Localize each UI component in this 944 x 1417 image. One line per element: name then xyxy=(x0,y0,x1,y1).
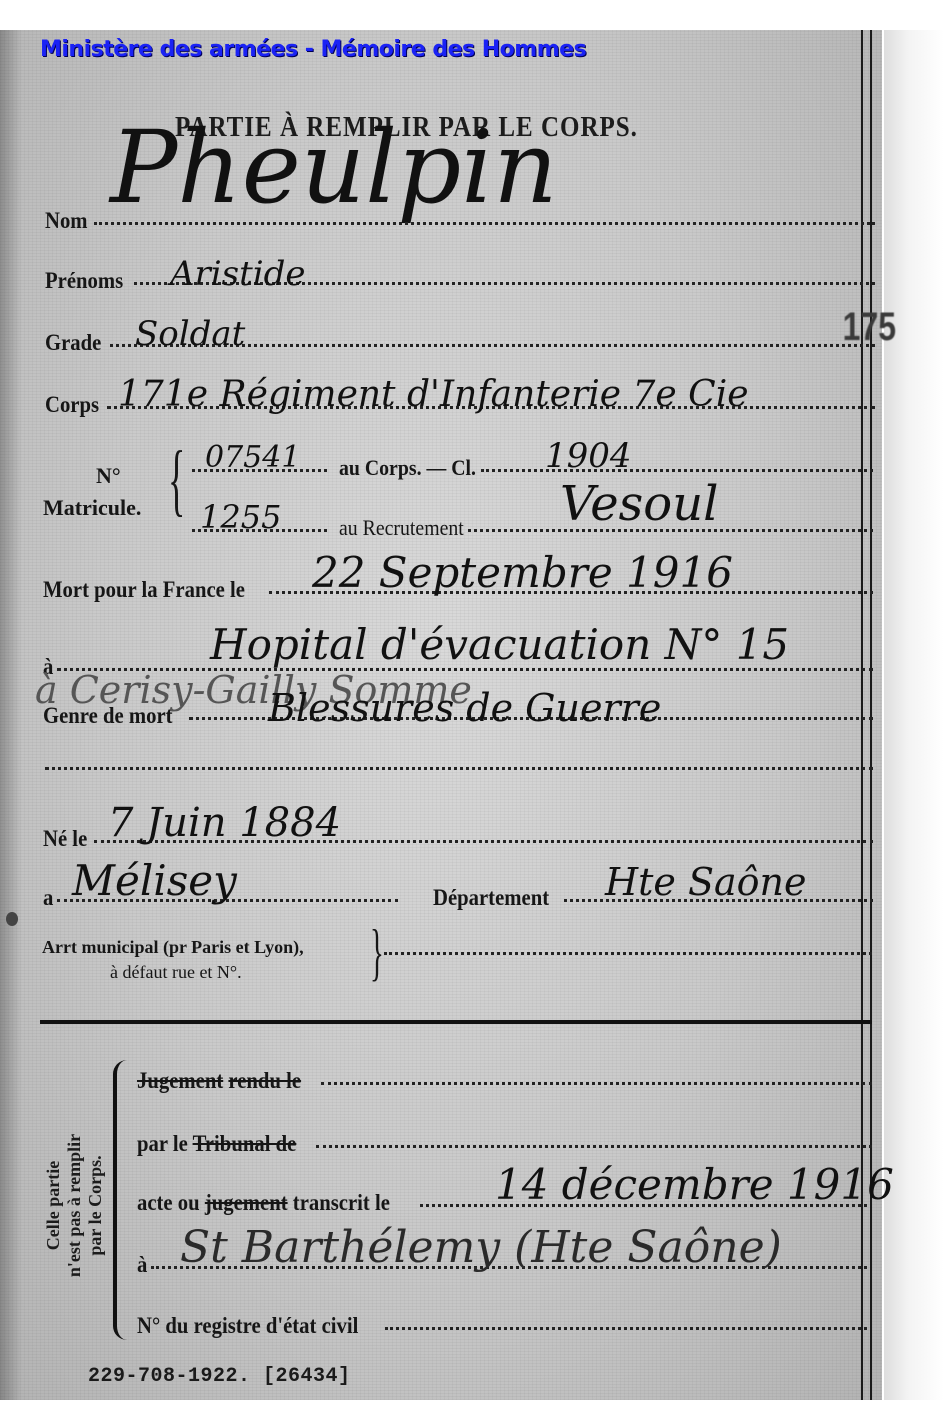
classe-value: 1904 xyxy=(545,436,632,476)
margin-number: 175 xyxy=(843,305,896,350)
fill-line xyxy=(481,469,873,472)
matricule-corps-value: 07541 xyxy=(205,440,300,475)
mort-label: Mort pour la France le xyxy=(43,577,245,603)
side-note-line: n'est pas à remplir xyxy=(65,1133,86,1276)
matricule-recrutement-value: 1255 xyxy=(200,498,281,536)
mort-value: 22 Septembre 1916 xyxy=(312,548,733,597)
fill-line xyxy=(316,1145,872,1148)
registre-label: N° du registre d'état civil xyxy=(137,1313,358,1339)
arrondissement-label: Arrt municipal (pr Paris et Lyon), xyxy=(42,937,304,958)
acte-value: 14 décembre 1916 xyxy=(495,1160,894,1209)
source-watermark: Ministère des armées - Mémoire des Homme… xyxy=(40,37,586,62)
nom-label: Nom xyxy=(45,208,88,234)
side-note: Celle partie n'est pas à remplir par le … xyxy=(30,1090,120,1320)
matricule-label: Matricule. xyxy=(43,495,141,521)
section-divider xyxy=(40,1020,872,1024)
lieu-acte-label: à xyxy=(137,1252,147,1278)
au-recrutement-label: au Recrutement xyxy=(339,515,464,541)
ink-blot xyxy=(6,912,18,926)
jugement-label: Jugement rendu le xyxy=(137,1068,301,1094)
fill-line xyxy=(384,952,872,955)
au-corps-label: au Corps. — Cl. xyxy=(339,455,476,481)
side-note-line: par le Corps. xyxy=(86,1133,107,1276)
field-registre: N° du registre d'état civil xyxy=(137,1313,867,1339)
arrondissement-brace: } xyxy=(370,915,384,989)
lieu-mort-value: Hopital d'évacuation N° 15 xyxy=(210,620,789,669)
genre-mort-label: Genre de mort xyxy=(43,703,173,729)
field-jugement: Jugement rendu le xyxy=(137,1068,872,1094)
field-matricule-recrutement: au Recrutement xyxy=(190,515,873,541)
paper-edge-shadow xyxy=(0,30,22,1400)
lieu-naissance-value: Mélisey xyxy=(72,856,237,905)
ne-le-value: 7 Juin 1884 xyxy=(108,800,341,846)
nom-value: Pheulpin xyxy=(110,118,558,218)
fill-line xyxy=(45,767,873,770)
corps-value: 171e Régiment d'Infanterie 7e Cie xyxy=(118,374,749,415)
ne-le-label: Né le xyxy=(43,826,87,852)
grade-label: Grade xyxy=(45,330,101,356)
genre-mort-value: Blessures de Guerre xyxy=(268,686,661,730)
prenoms-value: Aristide xyxy=(170,254,306,294)
acte-label: acte ou jugement transcrit le xyxy=(137,1190,390,1216)
field-tribunal: par le Tribunal de xyxy=(137,1131,872,1157)
arrondissement-label-2: à défaut rue et N°. xyxy=(110,962,242,983)
field-arrondissement xyxy=(382,955,872,958)
lieu-naissance-label: a xyxy=(43,885,53,911)
field-nom: Nom xyxy=(45,208,875,234)
print-reference: 229-708-1922. [26434] xyxy=(88,1365,351,1388)
lieu-acte-value: St Barthélemy (Hte Saône) xyxy=(180,1222,782,1273)
matricule-brace: { xyxy=(168,435,185,526)
side-note-line: Celle partie xyxy=(44,1133,65,1276)
fill-line xyxy=(94,222,875,225)
corps-label: Corps xyxy=(45,392,99,418)
departement-value: Hte Saône xyxy=(605,860,807,904)
departement-label: Département xyxy=(433,885,549,911)
fill-line xyxy=(321,1082,872,1085)
matricule-label-no: N° xyxy=(96,463,121,489)
prenoms-label: Prénoms xyxy=(45,268,123,294)
blank-line xyxy=(43,770,873,773)
fill-line xyxy=(385,1327,867,1330)
section-brace xyxy=(113,1060,129,1340)
grade-value: Soldat xyxy=(135,314,245,354)
recrutement-place-value: Vesoul xyxy=(560,476,718,532)
tribunal-label: par le Tribunal de xyxy=(137,1131,296,1157)
